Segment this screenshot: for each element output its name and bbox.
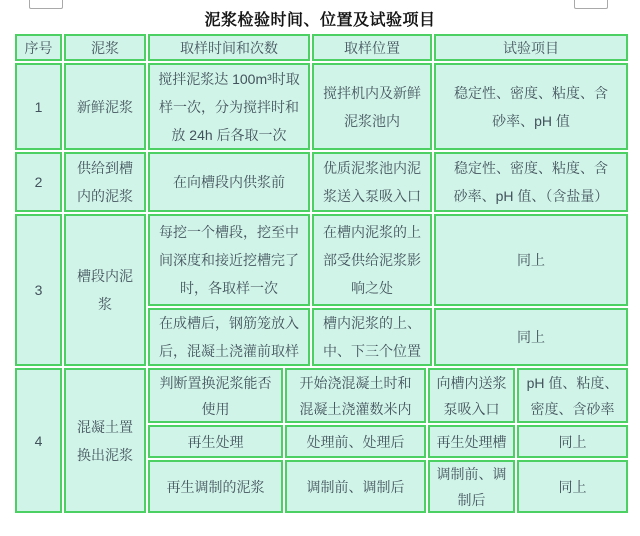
cell-r3a-tests: 同上 [434,214,628,306]
cell-r2-mud: 供给到槽 内的泥浆 [64,152,146,212]
header-location: 取样位置 [312,34,432,61]
header-mud: 泥浆 [64,34,146,61]
cell-r4-mud: 混凝土置 换出泥浆 [64,368,146,513]
header-tests: 试验项目 [434,34,628,61]
cell-r2-serial: 2 [15,152,62,212]
cell-r4c-purpose: 再生调制的泥浆 [148,460,283,513]
document-page: 泥浆检验时间、位置及试验项目 序号 泥浆 取样时间和次数 取样位置 试验项目 1… [0,0,640,536]
cell-r3b-time: 在成槽后，钢筋笼放入 后，混凝土浇灌前取样 [148,308,310,366]
cell-r4a-time: 开始浇混凝土时和 混凝土浇灌数米内 [285,368,426,423]
cell-r3b-tests: 同上 [434,308,628,366]
cell-r4b-tests: 同上 [517,425,628,458]
cell-r1-tests: 稳定性、密度、粘度、含 砂率、pH 值 [434,63,628,150]
table-title: 泥浆检验时间、位置及试验项目 [0,7,640,30]
cell-r4b-time: 处理前、处理后 [285,425,426,458]
cell-r1-serial: 1 [15,63,62,150]
cell-r1-mud: 新鲜泥浆 [64,63,146,150]
cell-r4c-location: 调制前、调 制后 [428,460,515,513]
cell-r4a-purpose: 判断置换泥浆能否 使用 [148,368,283,423]
header-time: 取样时间和次数 [148,34,310,61]
cell-r1-time: 搅拌泥浆达 100m³时取 样一次，分为搅拌时和 放 24h 后各取一次 [148,63,310,150]
cell-r3a-time: 每挖一个槽段，挖至中 间深度和接近挖槽完了 时，各取样一次 [148,214,310,306]
cell-r4-serial: 4 [15,368,62,513]
cell-r4a-location: 向槽内送浆 泵吸入口 [428,368,515,423]
cell-r3a-location: 在槽内泥浆的上 部受供给泥浆影 响之处 [312,214,432,306]
cell-r2-tests: 稳定性、密度、粘度、含 砂率、pH 值、（含盐量） [434,152,628,212]
cell-r4b-purpose: 再生处理 [148,425,283,458]
cell-r4c-time: 调制前、调制后 [285,460,426,513]
cell-r4c-tests: 同上 [517,460,628,513]
cell-r1-location: 搅拌机内及新鲜 泥浆池内 [312,63,432,150]
cell-r3b-location: 槽内泥浆的上、 中、下三个位置 [312,308,432,366]
cell-r4a-tests: pH 值、粘度、 密度、含砂率 [517,368,628,423]
cell-r3-serial: 3 [15,214,62,366]
cell-r3-mud: 槽段内泥 浆 [64,214,146,366]
header-serial: 序号 [15,34,62,61]
cell-r2-time: 在向槽段内供浆前 [148,152,310,212]
cell-r4b-location: 再生处理槽 [428,425,515,458]
cell-r2-location: 优质泥浆池内泥 浆送入泵吸入口 [312,152,432,212]
